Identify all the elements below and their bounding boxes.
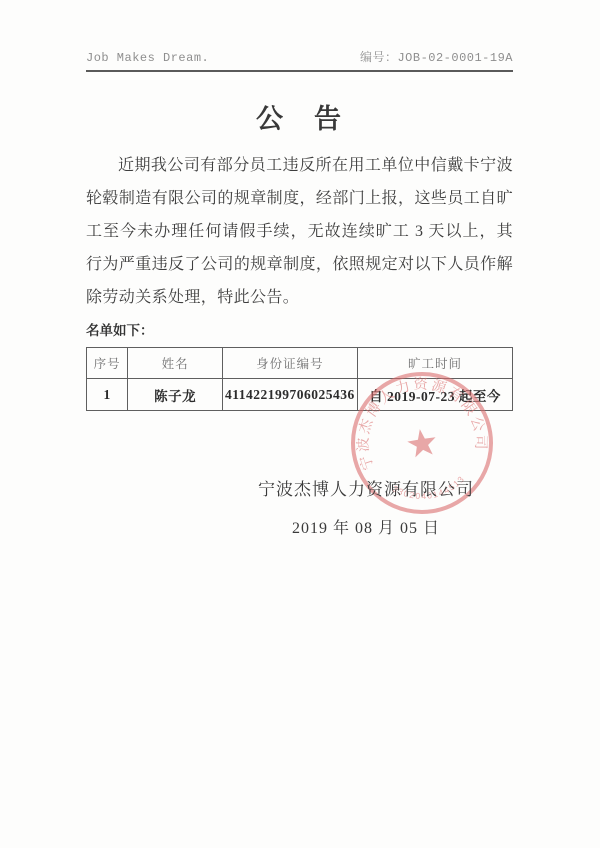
table-row: 1 陈子龙 411422199706025436 自 2019-07-23 起至… (87, 379, 513, 411)
cell-name: 陈子龙 (128, 379, 223, 411)
announcement-body: 近期我公司有部分员工违反所在用工单位中信戴卡宁波轮毂制造有限公司的规章制度，经部… (86, 149, 513, 314)
cell-index: 1 (87, 379, 128, 411)
list-label: 名单如下： (86, 319, 513, 339)
letterhead: Job Makes Dream. 编号：JOB-02-0001-19A (86, 0, 513, 72)
doc-number: 编号：JOB-02-0001-19A (360, 48, 513, 65)
cell-absence-time: 自 2019-07-23 起至今 (357, 379, 512, 411)
table-header-row: 序号 姓名 身份证编号 旷工时间 (87, 348, 513, 379)
column-header-index: 序号 (87, 348, 128, 379)
dismissal-roster-table: 序号 姓名 身份证编号 旷工时间 1 陈子龙 41142219970602543… (86, 347, 513, 411)
column-header-absence: 旷工时间 (357, 348, 512, 379)
column-header-id: 身份证编号 (222, 348, 357, 379)
cell-id-number: 411422199706025436 (222, 379, 357, 411)
column-header-name: 姓名 (128, 348, 223, 379)
signature-block: 宁波杰博人力资源有限公司 2019 年 08 月 05 日 (246, 475, 486, 538)
scanned-announcement-document: Job Makes Dream. 编号：JOB-02-0001-19A 公 告 … (0, 0, 600, 848)
page-title: 公 告 (86, 97, 513, 136)
signature-company: 宁波杰博人力资源有限公司 (246, 475, 486, 500)
signature-date: 2019 年 08 月 05 日 (246, 515, 486, 538)
letterhead-slogan: Job Makes Dream. (86, 51, 209, 65)
